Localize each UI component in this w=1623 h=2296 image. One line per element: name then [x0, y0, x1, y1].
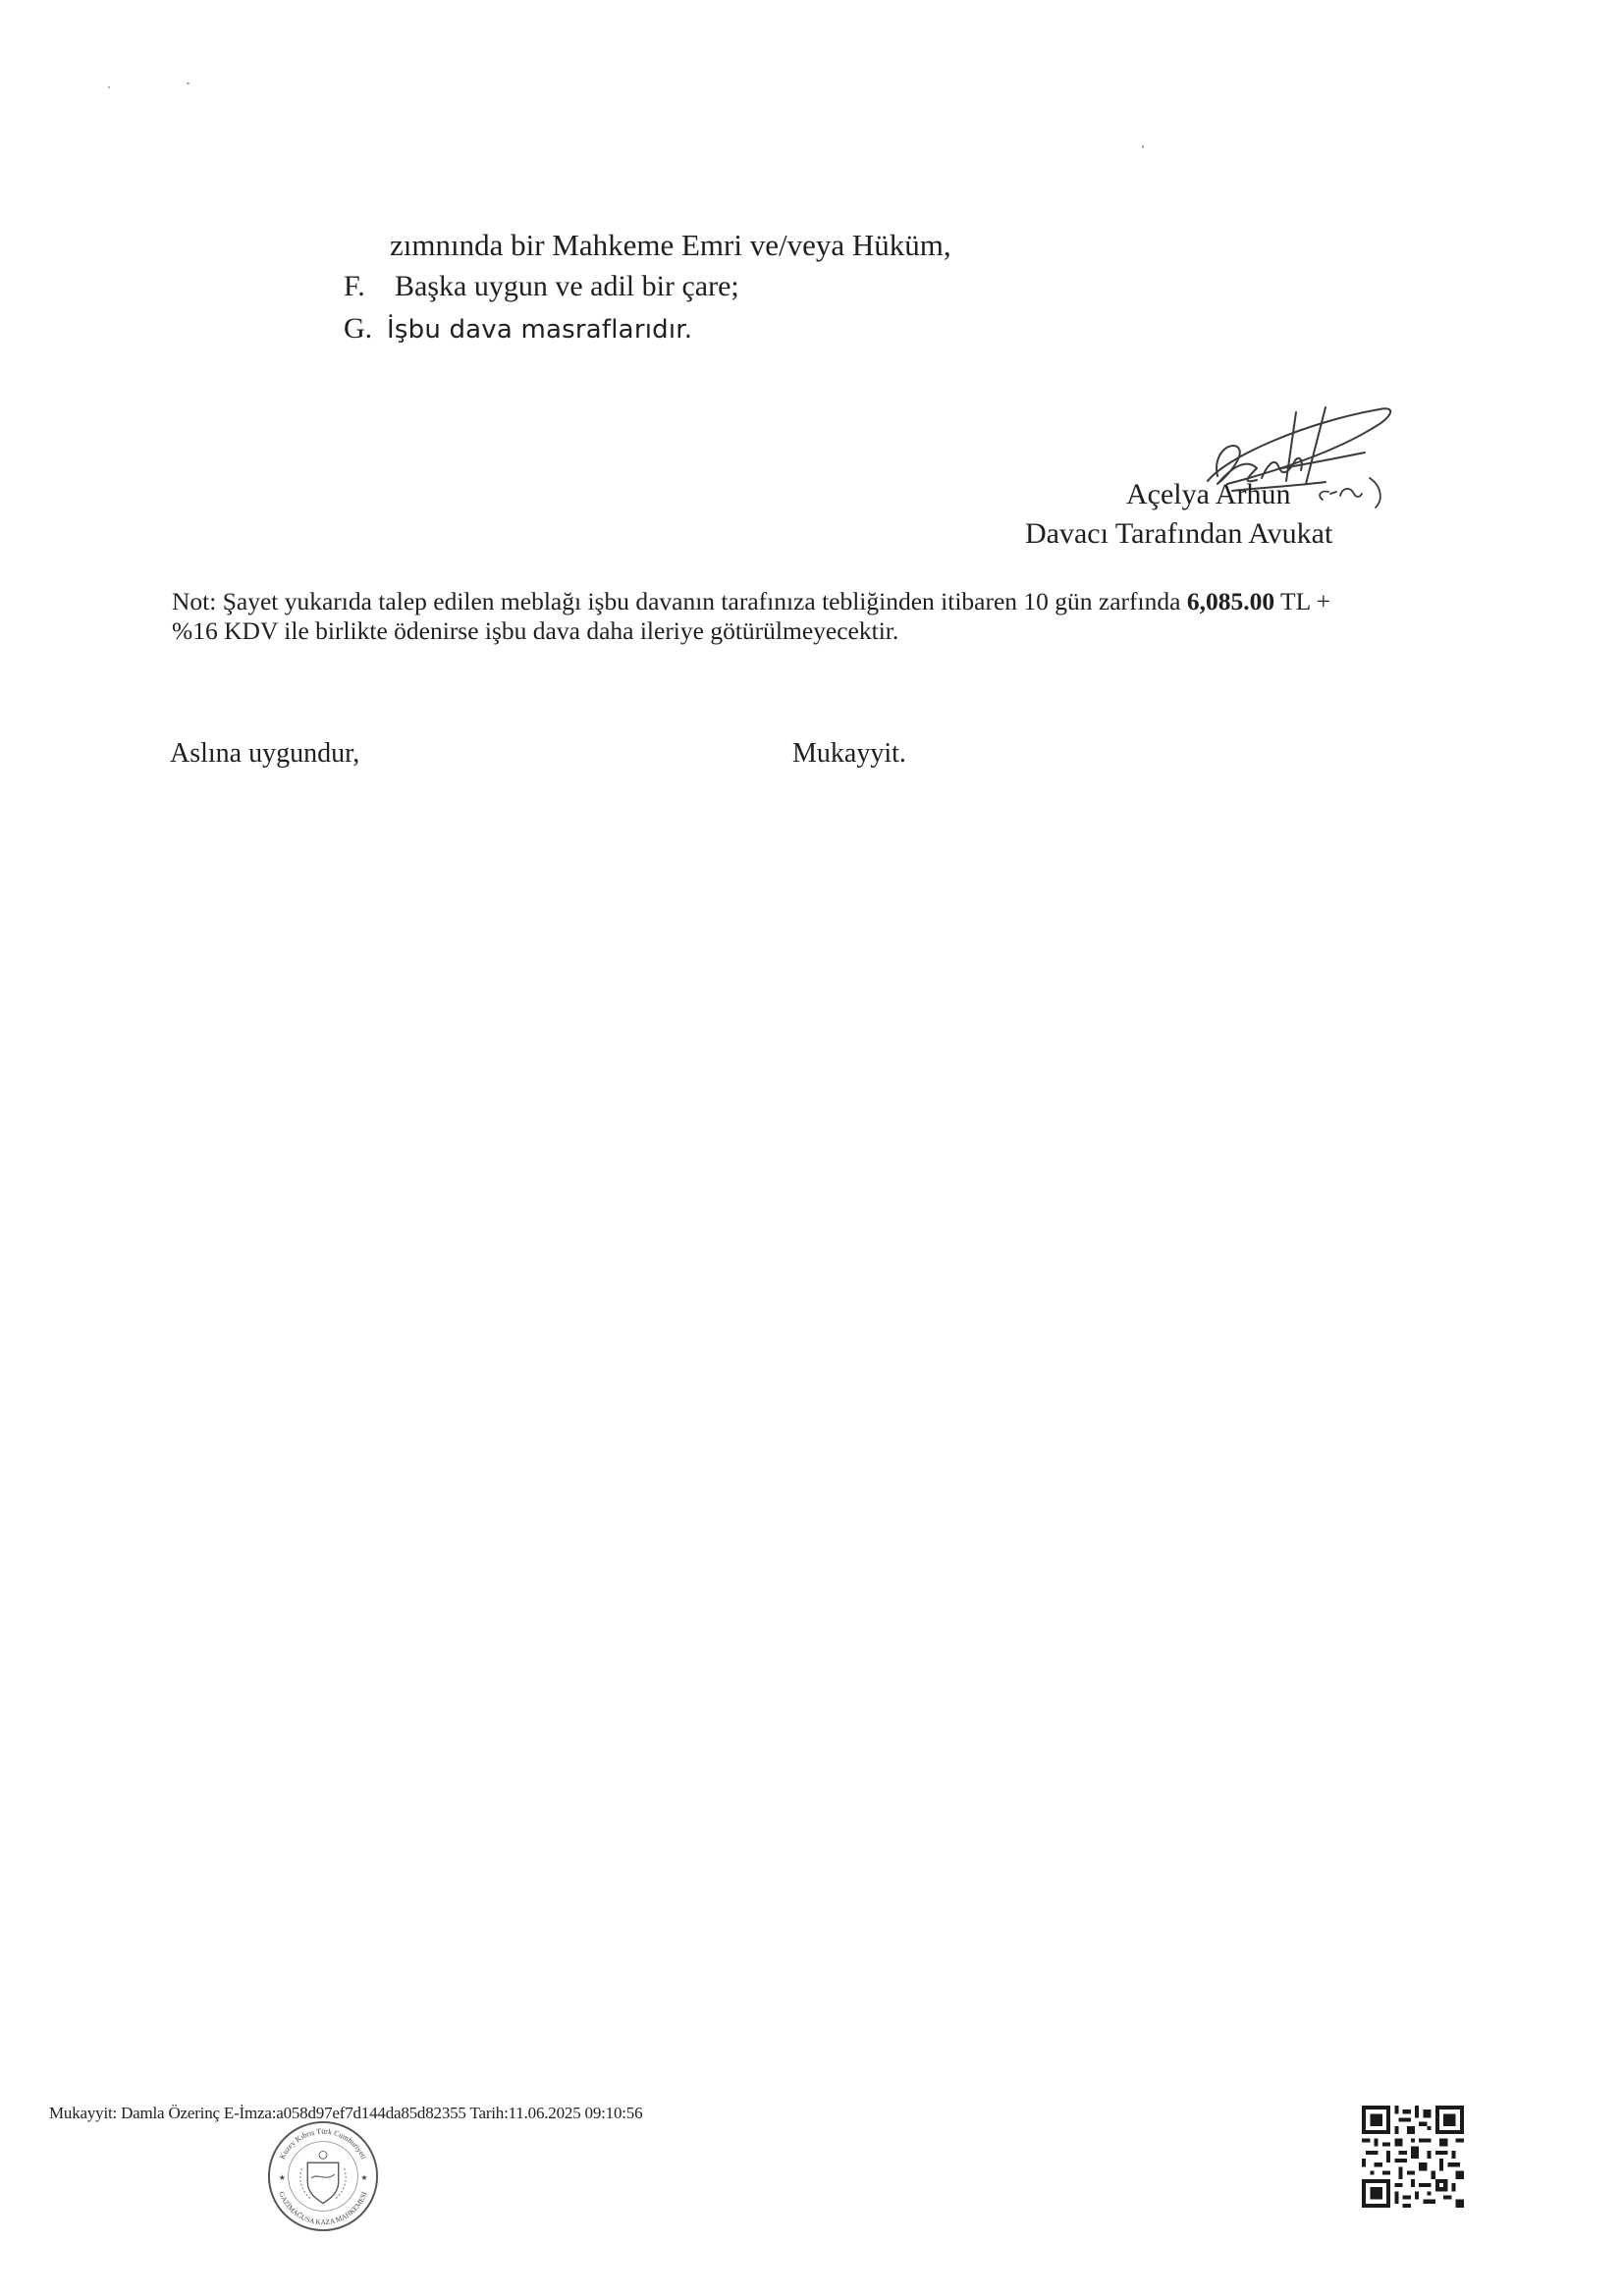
handwritten-mark-icon: [1311, 472, 1389, 511]
signatory-name-text: Açelya Arhun: [1126, 478, 1290, 510]
svg-text:★: ★: [360, 2173, 367, 2182]
payment-note-line-1: Not: Şayet yukarıda talep edilen meblağı…: [172, 587, 1330, 616]
relief-item-text: Başka uygun ve adil bir çare;: [395, 270, 739, 302]
relief-item-letter: G.: [344, 314, 387, 344]
signatory-title: Davacı Tarafından Avukat: [1025, 517, 1332, 551]
relief-item-letter: F.: [344, 272, 395, 301]
payment-amount: 6,085.00: [1187, 587, 1274, 615]
payment-note-text: TL +: [1274, 587, 1330, 615]
relief-continuation-line: zımnında bir Mahkeme Emri ve/veya Hüküm,: [390, 230, 951, 260]
scan-speck: [187, 82, 189, 84]
qr-code-icon: [1362, 2106, 1464, 2208]
payment-note-text: Not: Şayet yukarıda talep edilen meblağı…: [172, 587, 1187, 615]
svg-text:GAZİMAĞUSA KAZA MAHKEMESİ: GAZİMAĞUSA KAZA MAHKEMESİ: [277, 2190, 369, 2226]
registrar-label: Mukayyit.: [792, 738, 906, 770]
svg-text:★: ★: [279, 2173, 286, 2182]
certified-copy-label: Aslına uygundur,: [170, 738, 359, 770]
payment-note-line-2: %16 KDV ile birlikte ödenirse işbu dava …: [172, 616, 1330, 646]
scan-speck: [1142, 145, 1144, 148]
relief-item-g: G.İşbu dava masraflarıdır.: [344, 314, 692, 344]
payment-note: Not: Şayet yukarıda talep edilen meblağı…: [172, 587, 1330, 646]
relief-item-f: F.Başka uygun ve adil bir çare;: [344, 272, 739, 301]
court-seal-icon: Kuzey Kıbrıs Türk Cumhuriyeti GAZİMAĞUSA…: [265, 2118, 381, 2234]
relief-item-text: İşbu dava masraflarıdır.: [387, 315, 692, 345]
document-page: { "document": { "continuation_line": "zı…: [0, 0, 1623, 2296]
scan-speck: [108, 86, 110, 88]
signatory-name: Açelya Arhun: [1126, 478, 1290, 511]
